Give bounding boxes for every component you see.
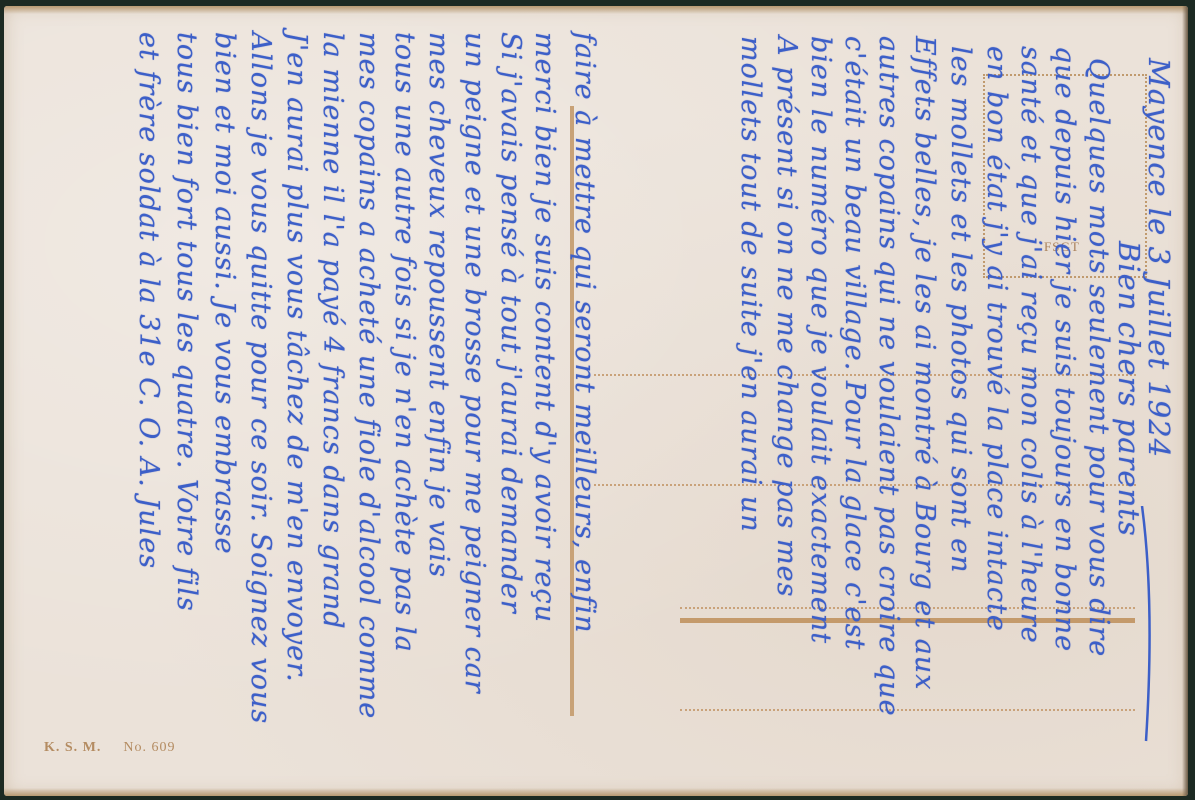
publisher-mark: K. S. M.No. 609 xyxy=(44,740,176,756)
message-line: mollets tout de suite j'en aurai un xyxy=(735,36,766,533)
message-line: en bon état j'y ai trouvé la place intac… xyxy=(981,46,1012,632)
address-line xyxy=(680,709,1135,711)
message-line: c'était un beau village. Pour la glace c… xyxy=(839,36,870,650)
message-line: santé et que j'ai reçu mon colis à l'heu… xyxy=(1015,46,1046,644)
message-line: Allons je vous quitte pour ce soir. Soig… xyxy=(245,32,276,724)
place-date-line: Mayence le 3 Juillet 1924 xyxy=(1142,58,1176,458)
message-line: Effets belles, je les ai montré à Bourg … xyxy=(909,36,940,690)
publisher-initials: K. S. M. xyxy=(44,740,101,755)
message-line: que depuis hier je suis toujours en bonn… xyxy=(1049,46,1080,652)
signature-flourish xyxy=(1132,506,1162,746)
message-line: la mienne il l'a payé 4 francs dans gran… xyxy=(317,32,348,630)
salutation-line: Bien chers parents xyxy=(1112,241,1146,537)
worn-right-edge xyxy=(1182,6,1188,796)
message-line: tous une autre fois si je n'en achète pa… xyxy=(389,32,420,653)
worn-top-edge xyxy=(4,6,1188,14)
message-line: tous bien fort tous les quatre. Votre fi… xyxy=(171,32,202,612)
message-line: J'en aurai plus vous tâchez de m'en envo… xyxy=(281,32,312,683)
worn-bottom-edge xyxy=(4,788,1188,796)
message-line: bien et moi aussi. Je vous embrasse xyxy=(209,32,240,555)
message-line: un peigne et une brosse pour me peigner … xyxy=(459,32,490,694)
message-line: bien le numéro que je voulait exactement xyxy=(805,36,836,644)
postcard-back: FSGT K. S. M.No. 609 Mayence le 3 Juille… xyxy=(4,6,1188,796)
message-line: les mollets et les photos qui sont en xyxy=(945,46,976,574)
message-line: et frère soldat à la 31e C. O. A. Jules xyxy=(133,32,164,569)
message-line: Quelques mots seulement pour vous dire xyxy=(1083,58,1114,657)
message-line: mes copains a acheté une fiole d'alcool … xyxy=(353,32,384,719)
message-line: mes cheveux repoussent enfin je vais xyxy=(423,32,454,578)
message-line: faire à mettre qui seront meilleurs, enf… xyxy=(569,32,600,634)
publisher-number: No. 609 xyxy=(123,740,175,755)
message-line: merci bien je suis content d'y avoir reç… xyxy=(529,32,560,623)
message-line: A présent si on ne me change pas mes xyxy=(771,36,802,597)
message-line: autres copains qui ne voulaient pas croi… xyxy=(873,36,904,717)
message-line: Si j'avais pensé à tout j'aurai demander xyxy=(495,32,526,614)
